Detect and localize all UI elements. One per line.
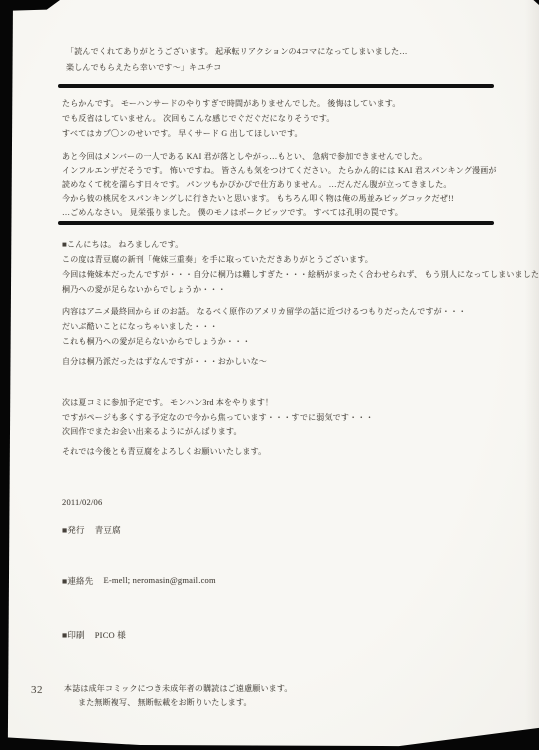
text-line: 楽しんでもらえたら幸いです～」キユチコ bbox=[66, 60, 408, 76]
closing-line: それでは今後とも青豆腐をよろしくお願いいたします。 bbox=[62, 446, 266, 457]
page-number: 32 bbox=[31, 684, 43, 696]
colophon-publisher-row: ■発行 青豆腐 bbox=[62, 524, 121, 536]
text-line: …ごめんなさい。 見栄張りました。 僕のモノはポークビッツです。 すべては孔明の… bbox=[62, 206, 497, 220]
afterword-tarakan-block: たらかんです。 モーハンサードのやりすぎで時間がありませんでした。 後悔はしてい… bbox=[62, 96, 401, 141]
text-line: たらかんです。 モーハンサードのやりすぎで時間がありませんでした。 後悔はしてい… bbox=[62, 96, 401, 111]
publisher-value: 青豆腐 bbox=[95, 524, 121, 536]
contact-label: ■連絡先 bbox=[62, 575, 93, 587]
text-line: 本誌は成年コミックにつき未成年者の購読はご遠慮願います。 bbox=[64, 682, 293, 696]
contact-email: E-mell; neromasin@gmail.com bbox=[103, 575, 215, 587]
text-line: これも桐乃への愛が足らないからでしょうか・・・ bbox=[62, 334, 466, 349]
story-content-block: 内容はアニメ最終回から if のお話。 なるべく原作のアメリカ留学の話に近づける… bbox=[62, 304, 466, 349]
afterword-neromasin-block: ■こんにちは。 ねろましんです。 この度は青豆腐の新刊「俺妹三重奏」を手に取って… bbox=[62, 237, 539, 297]
text-line: すべてはカプ〇ンのせいです。 早くサード G 出してほしいです。 bbox=[62, 126, 401, 141]
text-line: でも反省はしていません。 次回もこんな感じでぐだぐだになりそうです。 bbox=[62, 111, 401, 126]
next-event-block: 次は夏コミに参加予定です。 モンハン3rd 本をやります！ ですがページも多くす… bbox=[62, 396, 374, 440]
text-line: 内容はアニメ最終回から if のお話。 なるべく原作のアメリカ留学の話に近づける… bbox=[62, 304, 466, 319]
reader-quote-block: 「読んでくれてありがとうございます。 起承転リアクションの4コマになってしまいま… bbox=[66, 44, 408, 76]
age-restriction-notice: 本誌は成年コミックにつき未成年者の購読はご遠慮願います。 また無断複写、 無断転… bbox=[64, 682, 293, 710]
afterword-kai-block: あと今回はメンバーの一人である KAI 君が落としやがっ…もとい、 急病で参加で… bbox=[62, 150, 497, 220]
printer-value: PICO 様 bbox=[95, 629, 126, 641]
publication-date: 2011/02/06 bbox=[62, 497, 102, 507]
text-line: 次は夏コミに参加予定です。 モンハン3rd 本をやります！ bbox=[62, 396, 374, 411]
scan-edge-top-right bbox=[532, 0, 539, 5]
scan-edge-top-left bbox=[0, 0, 60, 12]
text-line: だいぶ酷いことになっちゃいました・・・ bbox=[62, 319, 466, 334]
text-line: ■こんにちは。 ねろましんです。 bbox=[62, 237, 539, 252]
text-line: 読めなくて枕を濡らす日々です。 パンツもかぴかぴで仕方ありません。 …だんだん腹… bbox=[62, 178, 497, 192]
colophon-contact-row: ■連絡先 E-mell; neromasin@gmail.com bbox=[62, 575, 216, 587]
horizontal-divider-1 bbox=[58, 84, 494, 88]
colophon-printer-row: ■印刷 PICO 様 bbox=[62, 629, 126, 641]
scanned-page: 「読んでくれてありがとうございます。 起承転リアクションの4コマになってしまいま… bbox=[0, 0, 539, 750]
text-line: あと今回はメンバーの一人である KAI 君が落としやがっ…もとい、 急病で参加で… bbox=[62, 150, 497, 164]
scan-edge-left bbox=[0, 0, 13, 750]
kirino-note-line: 自分は桐乃派だったはずなんですが・・・おかしいな～ bbox=[62, 356, 267, 367]
text-line: 次回作でまたお会い出来るようにがんばります。 bbox=[62, 425, 374, 440]
text-line: また無断複写、 無断転載をお断りいたします。 bbox=[78, 696, 293, 710]
text-line: ですがページも多くする予定なので今から焦っています・・・すでに弱気です・・・ bbox=[62, 411, 374, 426]
printer-label: ■印刷 bbox=[62, 629, 85, 641]
scan-edge-bottom bbox=[0, 724, 539, 750]
text-line: 今から彼の桃尻をスパンキングしに行きたいと思います。 もちろん叩く物は俺の馬並み… bbox=[62, 192, 497, 206]
publisher-label: ■発行 bbox=[62, 524, 85, 536]
text-line: インフルエンザだそうです。 怖いですね。 皆さんも気をつけてください。 たらかん… bbox=[62, 164, 497, 178]
text-line: 今回は俺妹本だったんですが・・・自分に桐乃は難しすぎた・・・絵柄がまったく合わせ… bbox=[62, 267, 539, 282]
horizontal-divider-2 bbox=[58, 221, 494, 225]
text-line: この度は青豆腐の新刊「俺妹三重奏」を手に取っていただきありがとうございます。 bbox=[62, 252, 539, 267]
text-line: 「読んでくれてありがとうございます。 起承転リアクションの4コマになってしまいま… bbox=[66, 44, 408, 60]
text-line: 桐乃への愛が足らないからでしょうか・・・ bbox=[62, 282, 539, 297]
